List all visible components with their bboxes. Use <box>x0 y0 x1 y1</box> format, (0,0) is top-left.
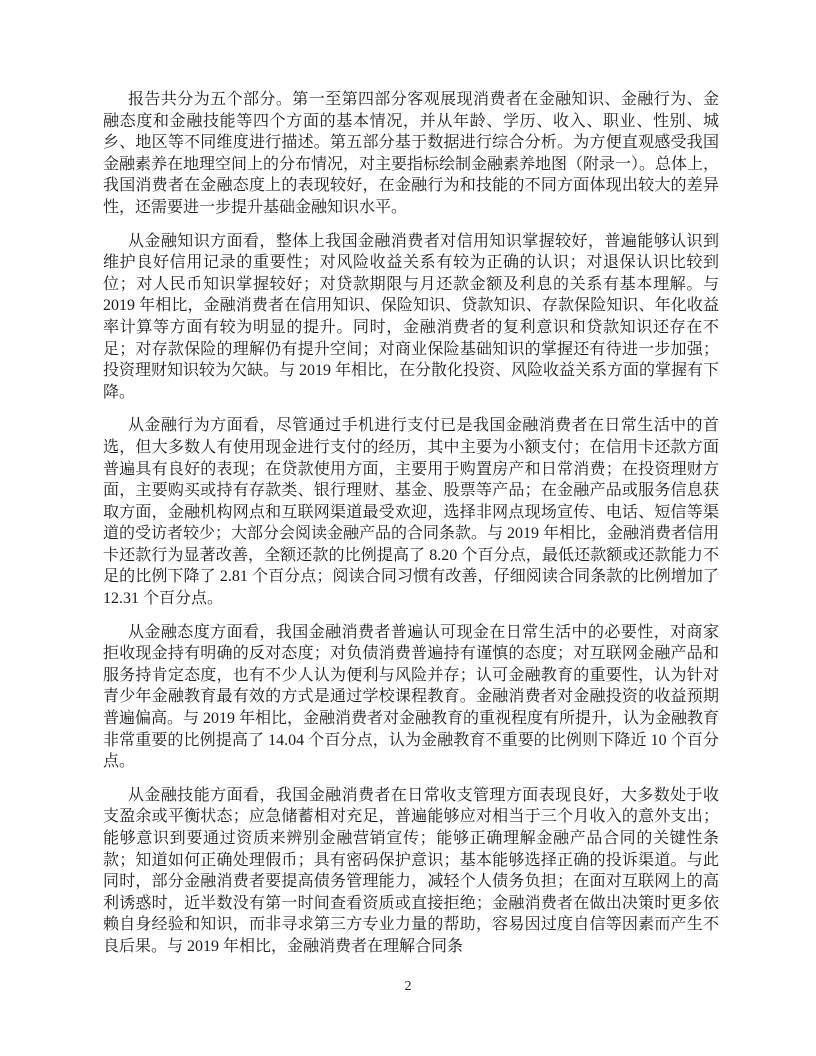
paragraph-financial-behavior: 从金融行为方面看，尽管通过手机进行支付已是我国金融消费者在日常生活中的首选，但大… <box>103 415 719 609</box>
paragraph-financial-knowledge: 从金融知识方面看，整体上我国金融消费者对信用知识掌握较好，普遍能够认识到维护良好… <box>103 231 719 404</box>
document-page: 报告共分为五个部分。第一至第四部分客观展现消费者在金融知识、金融行为、金融态度和… <box>0 0 816 1056</box>
paragraph-financial-skills: 从金融技能方面看，我国金融消费者在日常收支管理方面表现良好，大多数处于收支盈余或… <box>103 785 719 958</box>
paragraph-financial-attitude: 从金融态度方面看，我国金融消费者普遍认可现金在日常生活中的必要性，对商家拒收现金… <box>103 622 719 773</box>
page-footer: 2 <box>0 978 816 996</box>
page-number: 2 <box>405 979 412 994</box>
document-body: 报告共分为五个部分。第一至第四部分客观展现消费者在金融知识、金融行为、金融态度和… <box>103 89 719 970</box>
paragraph-report-overview: 报告共分为五个部分。第一至第四部分客观展现消费者在金融知识、金融行为、金融态度和… <box>103 89 719 219</box>
